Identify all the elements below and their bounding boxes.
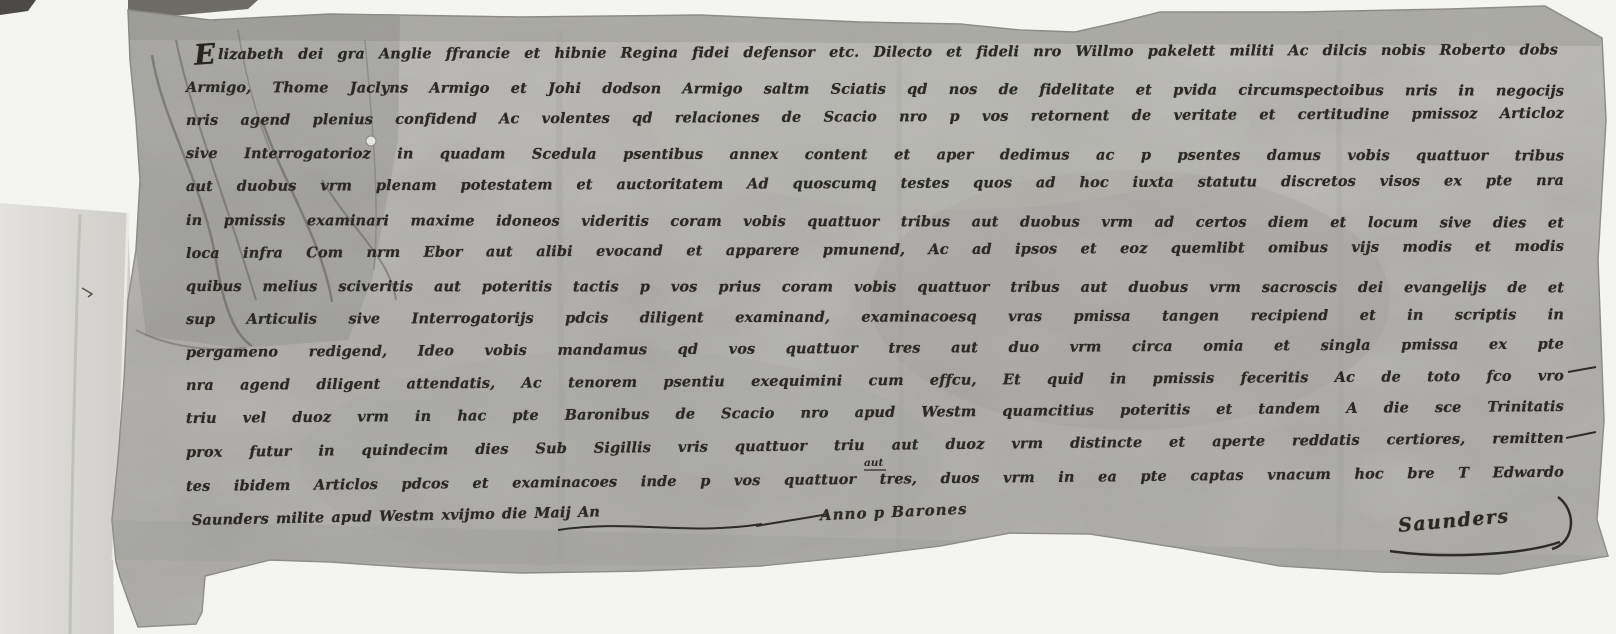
manuscript-line: aut duobus vrm plenam potestatem et auct…: [186, 172, 1564, 208]
interlinear-insertion: aut: [864, 457, 883, 469]
clerk-signature: Saunders: [1397, 505, 1510, 537]
manuscript-photograph: E lizabeth dei gra Anglie ffrancie et hi…: [0, 0, 1616, 634]
manuscript-line: loca infra Com nrm Ebor aut alibi evocan…: [186, 238, 1564, 275]
manuscript-line: sup Articulis sive Interrogatorijs pdcis…: [186, 306, 1564, 341]
royal-initial-letter: E: [193, 37, 217, 71]
manuscript-text: E lizabeth dei gra Anglie ffrancie et hi…: [0, 0, 1616, 634]
manuscript-line: lizabeth dei gra Anglie ffrancie et hibn…: [218, 41, 1558, 76]
manuscript-line: nris agend plenius confidend Ac volentes…: [186, 105, 1564, 142]
manuscript-line: quibus melius sciveritis aut poteritis t…: [186, 278, 1564, 309]
bottom-docket: Anno p Barones: [820, 500, 968, 524]
